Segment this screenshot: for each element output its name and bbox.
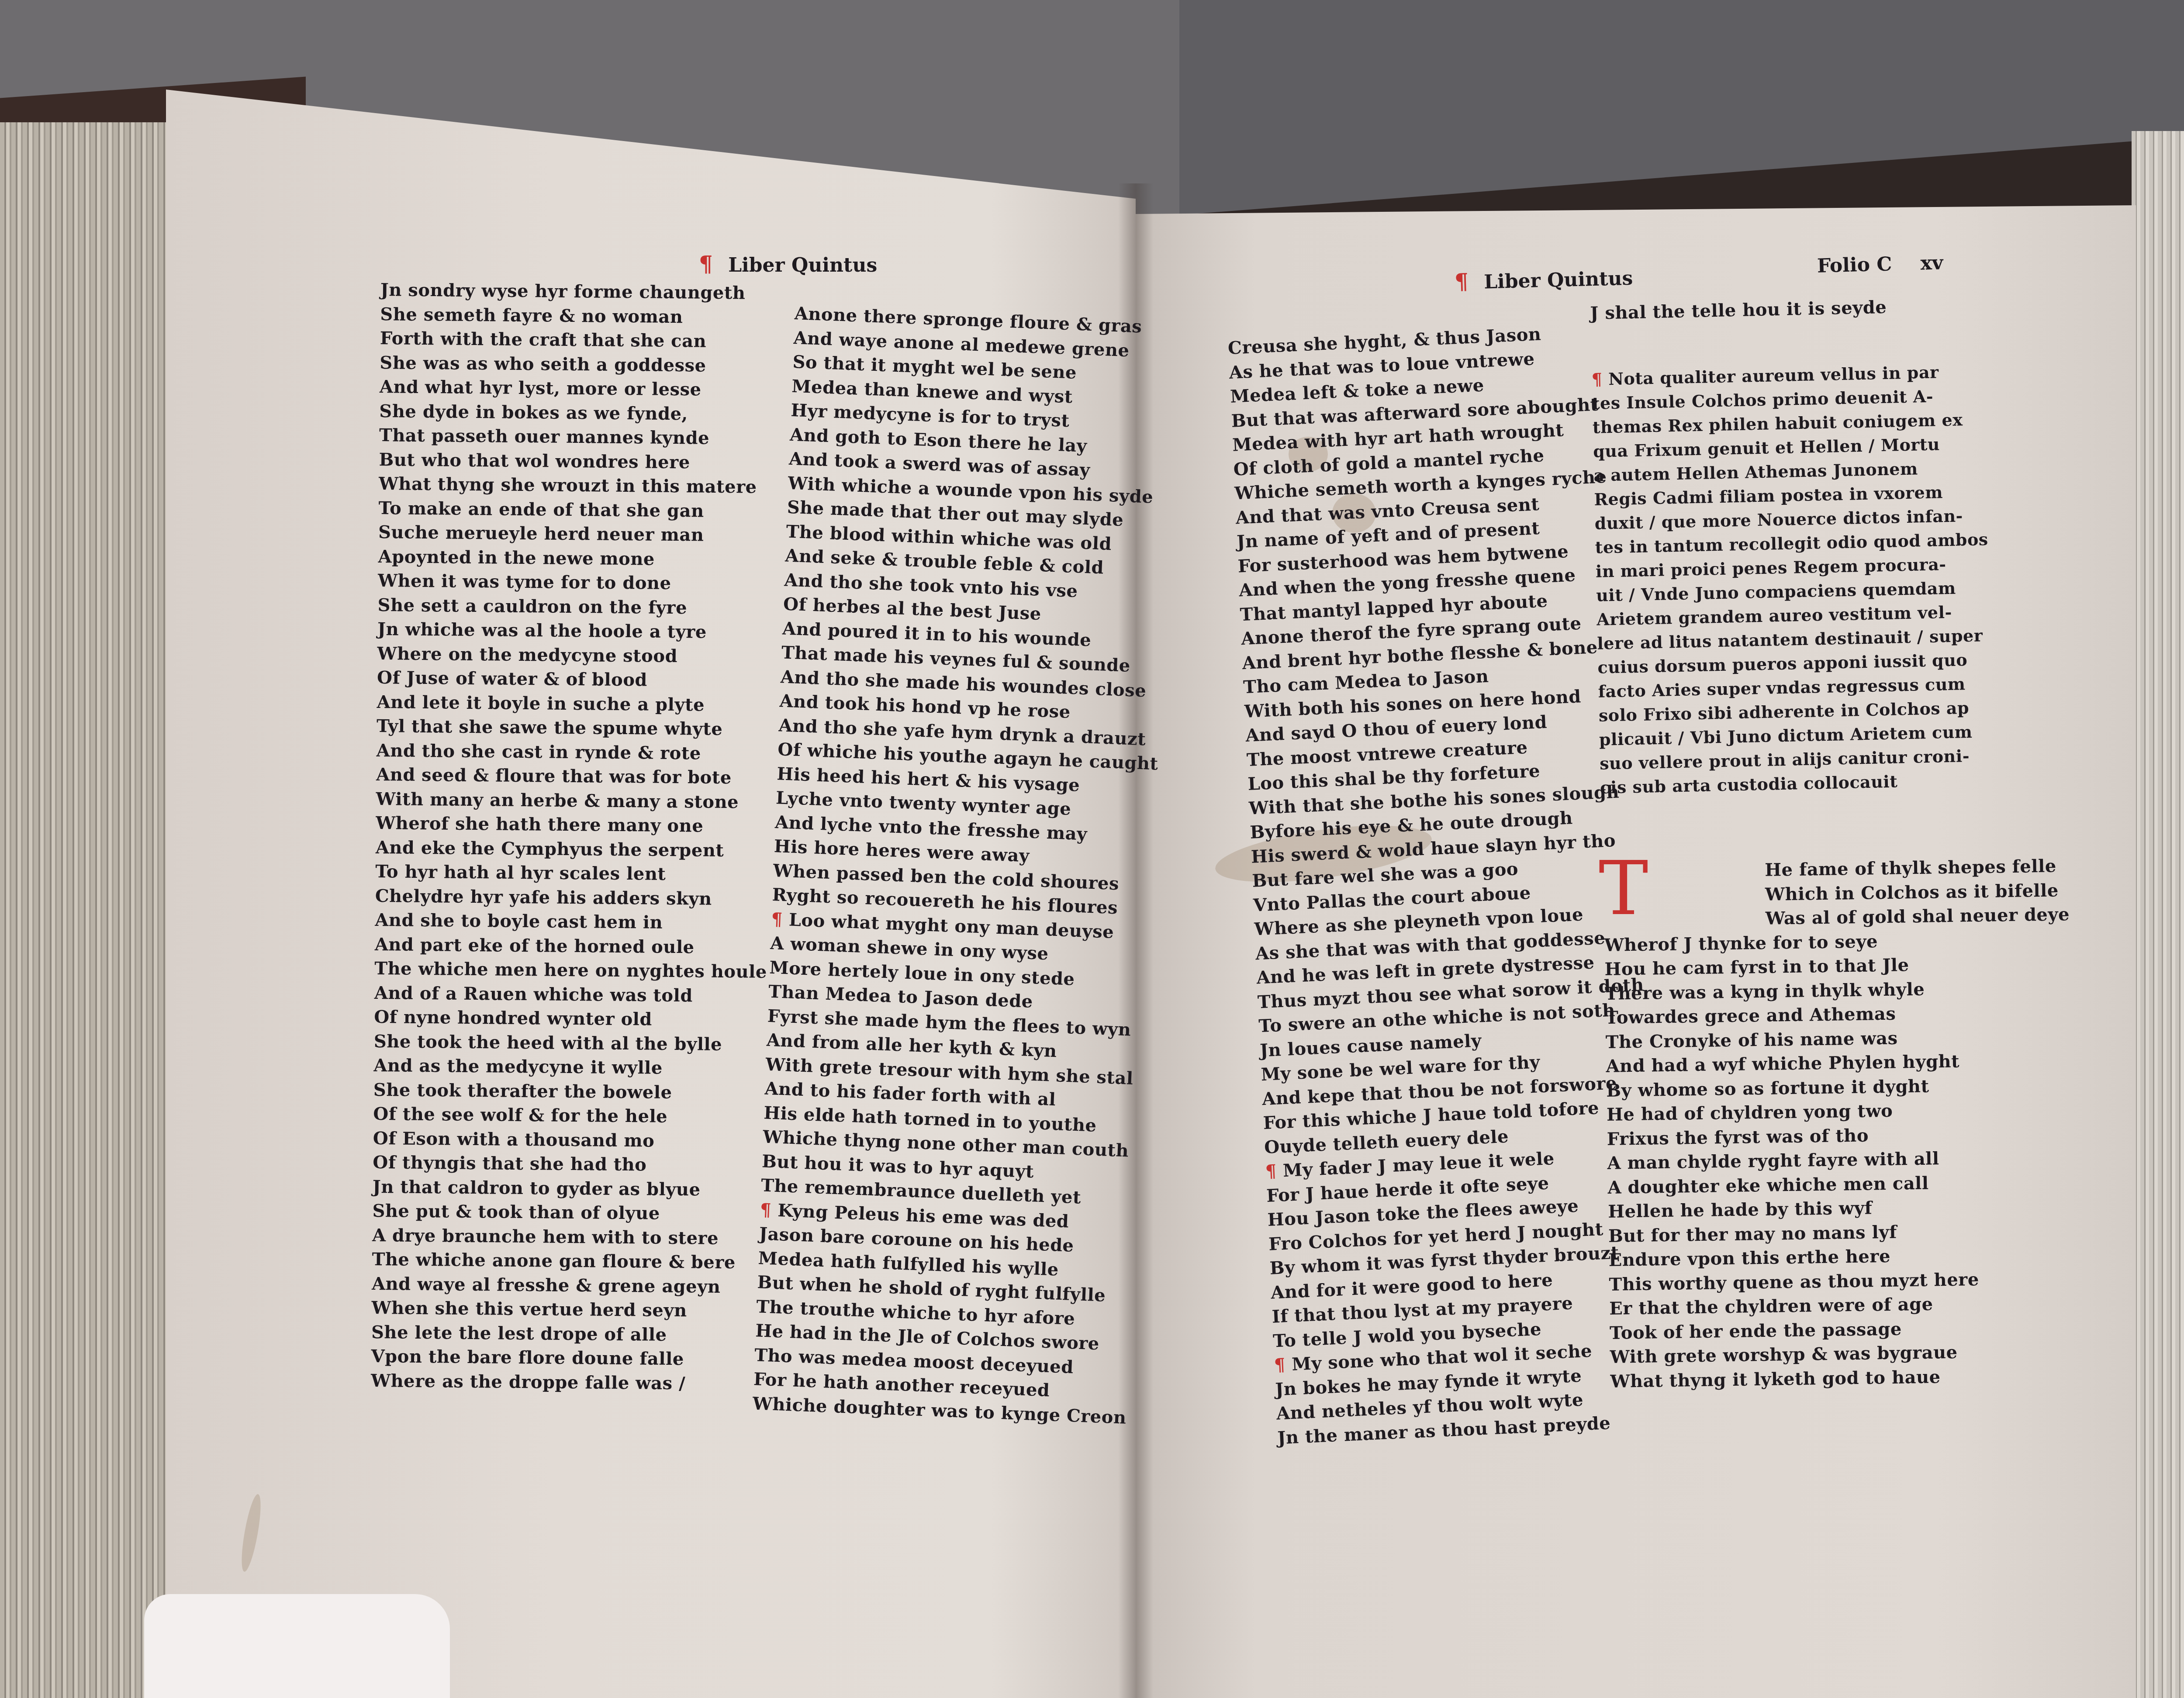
verse-line: Where as the droppe falle was / <box>371 1369 764 1396</box>
page-edges-left <box>0 122 166 1698</box>
verse-line: But who that wol wondres here <box>379 448 771 475</box>
verse-line: She took therafter the bowele <box>373 1078 766 1105</box>
folio-label: Folio C <box>1817 253 1892 277</box>
verse-line: Jn sondry wyse hyr forme chaungeth <box>380 278 773 305</box>
latin-marginal-note: ¶ Nota qualiter aureum vellus in par tes… <box>1591 359 1994 800</box>
verse-line: And as the medycyne it wylle <box>373 1053 766 1081</box>
verse-line: To hyr hath al hyr scales lent <box>375 859 768 887</box>
left-page-column-1: Jn sondry wyse hyr forme chaungeth She s… <box>371 278 773 1396</box>
verse-line: She semeth fayre & no woman <box>380 302 773 330</box>
left-running-head: ¶ Liber Quintus <box>699 251 877 277</box>
red-paragraph-mark: ¶ <box>771 908 783 929</box>
red-paragraph-mark: ¶ <box>1274 1354 1286 1375</box>
verse-line: Of the see wolf & for the hele <box>373 1102 766 1129</box>
verse-line: And eke the Cymphyus the serpent <box>376 835 768 863</box>
verse-line: Jn that caldron to gyder as blyue <box>373 1175 765 1202</box>
right-page-column-2: J shal the telle hou it is seyde ¶ Nota … <box>1590 293 1994 799</box>
red-paragraph-mark: ¶ <box>760 1199 772 1220</box>
page-edges-right <box>2132 131 2184 1698</box>
verse-line: A drye braunche hem with to stere <box>372 1223 765 1251</box>
verse-line: When it was tyme for to done <box>378 569 771 596</box>
verse-line: She took the heed with al the bylle <box>374 1029 767 1057</box>
verse-line: Suche merueyle herd neuer man <box>378 520 771 548</box>
verse-line: She sett a cauldron on the fyre <box>377 593 770 621</box>
verse-line: Tyl that she sawe the spume whyte <box>377 714 769 742</box>
verse-line: And tho she cast in rynde & rote <box>376 739 769 766</box>
verse-line: And of a Rauen whiche was told <box>374 981 767 1008</box>
verse-line: Vpon the bare flore doune falle <box>371 1344 764 1372</box>
verse-line: Of thyngis that she had tho <box>373 1150 765 1178</box>
verse-line: And what hyr lyst, more or lesse <box>380 375 772 402</box>
verse-line: When she this vertue herd seyn <box>371 1296 764 1323</box>
running-head-title: Liber Quintus <box>1484 267 1633 293</box>
verse-line: And seed & floure that was for bote <box>376 763 769 790</box>
verse-line: Wherof she hath there many one <box>376 811 768 839</box>
verse-line: And part eke of the horned oule <box>375 932 767 960</box>
verse-line: She put & took than of olyue <box>372 1199 765 1226</box>
left-page-column-2: Anone there spronge floure & gras And wa… <box>752 301 1175 1430</box>
verse-line: Jn whiche was al the hoole a tyre <box>377 617 770 645</box>
verse-line: She was as who seith a goddesse <box>380 351 772 378</box>
verse-line: Of Juse of water & of blood <box>377 666 770 693</box>
verse-line: That passeth ouer mannes kynde <box>379 423 772 451</box>
running-head-title: Liber Quintus <box>728 254 877 276</box>
verse-line: And waye al fresshe & grene ageyn <box>372 1272 764 1299</box>
verse-line: Chelydre hyr yafe his adders skyn <box>375 884 768 911</box>
verse-line: She lete the lest drope of alle <box>371 1320 764 1348</box>
verse-line: She dyde in bokes as we fynde, <box>379 399 772 427</box>
right-running-head: ¶ Liber Quintus <box>1454 264 1633 295</box>
verse-line: Where on the medycyne stood <box>377 642 770 669</box>
verse-line: Of Eson with a thousand mo <box>373 1126 766 1154</box>
pilcrow-mark: ¶ <box>1454 269 1469 295</box>
verse-line: What thyng she wrouzt in this matere <box>379 472 771 499</box>
verse-line: And lete it boyle in suche a plyte <box>377 690 769 718</box>
verse-line: Apoynted in the newe mone <box>378 545 771 572</box>
red-paragraph-mark: ¶ <box>1591 369 1603 389</box>
verse-line: Of nyne hondred wynter old <box>374 1005 767 1032</box>
folio-number: Folio C xv <box>1817 252 1943 277</box>
red-paragraph-mark: ¶ <box>1265 1161 1277 1182</box>
white-cloth-weight <box>144 1594 450 1698</box>
verse-line: Forth with the craft that she can <box>380 326 773 354</box>
verse-line: The whiche men here on nyghtes houle <box>374 956 767 984</box>
verse-line: And she to boyle cast hem in <box>375 908 767 935</box>
verse-line: With many an herbe & many a stone <box>376 787 769 814</box>
pilcrow-mark: ¶ <box>699 251 713 277</box>
verse-line: The whiche anone gan floure & bere <box>372 1247 764 1275</box>
verse-line: To make an ende of that she gan <box>378 496 771 524</box>
right-page-column-2-verse: He fame of thylk shepes felle Which in C… <box>1603 854 2076 1394</box>
folio-numeral: xv <box>1920 252 1943 274</box>
